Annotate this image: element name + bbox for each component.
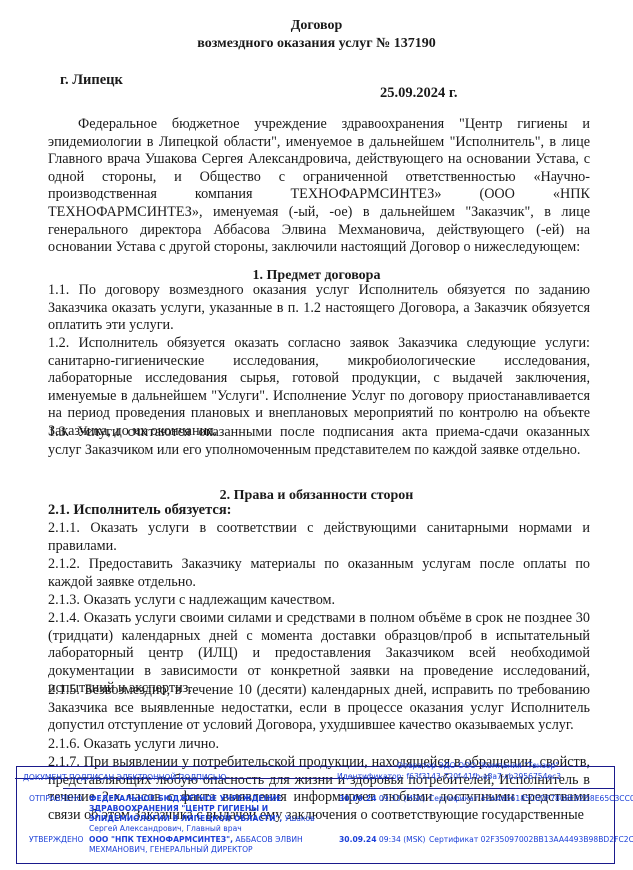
contract-date: 25.09.2024 г. — [380, 85, 457, 102]
contract-city: г. Липецк — [60, 72, 123, 89]
sender-certificate: Сертификат 42AA6E6185C6DF7808E82D8E65C3C… — [429, 794, 633, 803]
section-2-1-subheading: 2.1. Исполнитель обязуется: — [48, 502, 232, 519]
sent-label: ОТПРАВЛЕНО — [29, 794, 83, 803]
edo-operator: Оператор ЭДО ООО "Компания "Тензор" — [397, 761, 559, 770]
clause-2-1-5: 2.1.5. Безвозмездно, в течение 10 (десят… — [48, 682, 590, 735]
approver-org-name: ООО "НПК ТЕХНОФАРМСИНТЕЗ", — [89, 835, 233, 844]
approved-date: 30.09.24 — [339, 835, 376, 844]
clause-2-1-3: 2.1.3. Оказать услуги с надлежащим качес… — [48, 592, 590, 610]
sent-timestamp: 30.09.24 09:33 (MSK) — [339, 794, 425, 803]
clause-2-1-2: 2.1.2. Предоставить Заказчику материалы … — [48, 556, 590, 591]
clause-2-1-1: 2.1.1. Оказать услуги в соответствии с д… — [48, 520, 590, 555]
approved-time: 09:34 (MSK) — [379, 835, 426, 844]
approver-organization: ООО "НПК ТЕХНОФАРМСИНТЕЗ", АББАСОВ ЭЛВИН… — [89, 835, 329, 855]
sender-organization: ФЕДЕРАЛЬНОЕ БЮДЖЕТНОЕ УЧРЕЖДЕНИЕ ЗДРАВОО… — [89, 794, 329, 834]
sent-date: 30.09.24 — [339, 794, 376, 803]
electronic-signature-stamp: ДОКУМЕНТ ПОДПИСАН ЭЛЕКТРОННОЙ ПОДПИСЬЮ О… — [16, 766, 615, 864]
contract-page: Договор возмездного оказания услуг № 137… — [0, 0, 633, 870]
approved-label: УТВЕРЖДЕНО — [29, 835, 83, 844]
document-subtitle: возмездного оказания услуг № 137190 — [0, 36, 633, 52]
approved-timestamp: 30.09.24 09:34 (MSK) — [339, 835, 425, 844]
sender-org-name: ФЕДЕРАЛЬНОЕ БЮДЖЕТНОЕ УЧРЕЖДЕНИЕ ЗДРАВОО… — [89, 794, 282, 823]
stamp-header: ДОКУМЕНТ ПОДПИСАН ЭЛЕКТРОННОЙ ПОДПИСЬЮ — [23, 773, 226, 782]
clause-2-1-6: 2.1.6. Оказать услуги лично. — [48, 736, 590, 754]
preamble: Федеральное бюджетное учреждение здравоо… — [48, 116, 590, 257]
stamp-separator — [63, 788, 615, 789]
document-identifier: Идентификатор: f63f3143-720f-41fb-a8a7-c… — [337, 772, 561, 781]
clause-1-3: 1.3. Услуги считаются оказанными после п… — [48, 424, 590, 459]
document-title: Договор — [0, 18, 633, 34]
approver-certificate: Сертификат 02F35097002BB13AA4493B98BD2FC… — [429, 835, 633, 844]
sent-time: 09:33 (MSK) — [379, 794, 426, 803]
clause-1-1: 1.1. По договору возмездного оказания ус… — [48, 282, 590, 335]
